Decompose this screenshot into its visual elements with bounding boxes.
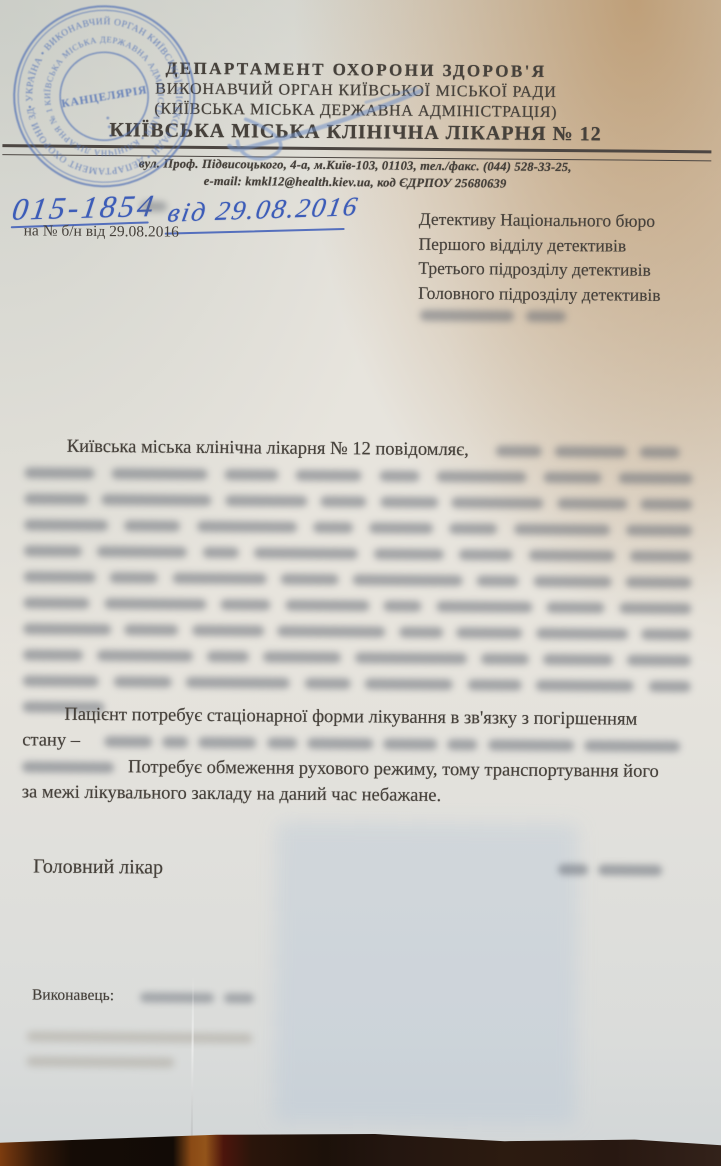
recipient-line: Третього підрозділу детективів <box>418 259 708 280</box>
recipient-line: Першого відділу детективів <box>419 234 709 255</box>
ghost-text <box>26 1056 174 1067</box>
ink-underline <box>165 228 345 235</box>
patient-line3-text: Потребує обмеження рухового режиму, тому… <box>128 757 659 783</box>
patient-paragraph: Пацієнт потребує стаціонарної форми ліку… <box>22 701 691 811</box>
redacted-text-segment <box>80 735 690 751</box>
recipient-name-redacted <box>420 310 566 322</box>
paper-shadow-patch <box>274 822 579 1125</box>
recipient-block: Детективу Національного бюро Першого від… <box>418 210 709 311</box>
patient-line4-text: за межі лікувального закладу на даний ча… <box>22 782 442 807</box>
redacted-smudge <box>141 201 167 211</box>
recipient-line: Детективу Національного бюро <box>419 210 709 231</box>
chief-doctor-name-redacted <box>558 864 662 876</box>
redacted-text-segment <box>469 445 693 458</box>
executor-label: Виконавець: <box>32 986 114 1005</box>
notification-start-text: Київська міська клінічна лікарня № 12 по… <box>25 436 469 461</box>
stamp-dot <box>108 125 111 128</box>
paper-crease <box>191 976 194 1144</box>
chief-doctor-title: Головний лікар <box>33 855 163 879</box>
incoming-reference-line: на № б/н від 29.08.2016 <box>24 222 179 241</box>
stamp-center-label: КАНЦЕЛЯРІЯ <box>61 84 149 110</box>
body-line: за межі лікувального закладу на даний ча… <box>22 779 690 811</box>
document-photo: ДЕПАРТАМЕНТ ОХОРОНИ ЗДОРОВ'Я ВИКОНАВЧИЙ … <box>0 0 721 1166</box>
stamp-dot <box>109 134 112 137</box>
letter-content: ДЕПАРТАМЕНТ ОХОРОНИ ЗДОРОВ'Я ВИКОНАВЧИЙ … <box>0 0 721 1166</box>
signature-ink <box>215 71 446 203</box>
chancellery-stamp: • УКРАЇНА • ВИКОНАВЧИЙ ОРГАН КИЇВСЬКОЇ М… <box>0 0 227 216</box>
patient-line1-text: Пацієнт потребує стаціонарної форми ліку… <box>22 704 637 730</box>
redacted-word <box>22 761 114 773</box>
stamp-dot <box>106 116 109 119</box>
executor-name-redacted <box>140 992 254 1003</box>
patient-line2-start-text: стану – <box>22 730 80 752</box>
notification-paragraph: Київська міська клінічна лікарня № 12 по… <box>22 433 692 725</box>
ghost-text <box>27 1031 253 1043</box>
recipient-line: Головного підрозділу детективів <box>418 283 708 304</box>
